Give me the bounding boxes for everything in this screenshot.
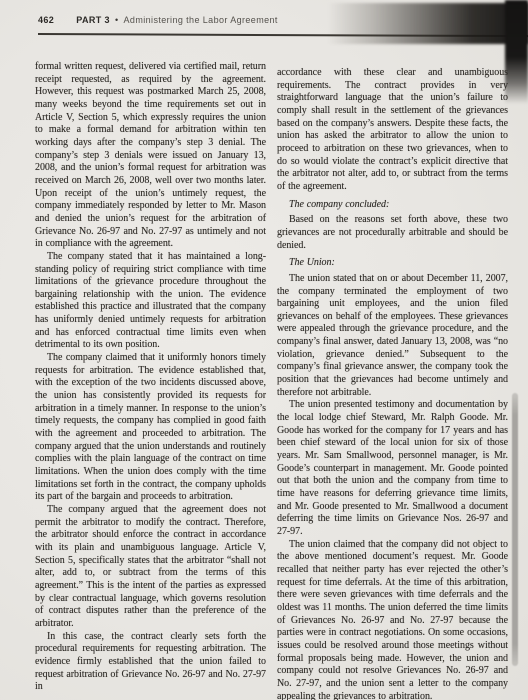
part-label: PART 3 (76, 15, 110, 25)
paragraph: accordance with these clear and unambigu… (277, 67, 508, 194)
section-heading: The Union: (277, 257, 508, 270)
paragraph: The union claimed that the company did n… (277, 539, 508, 700)
section-heading: The company concluded: (277, 199, 508, 212)
paragraph: The union presented testimony and docume… (277, 399, 508, 538)
paragraph: formal written request, delivered via ce… (35, 61, 266, 251)
page-edge-strip (512, 393, 518, 666)
scan-shadow-corner (505, 0, 528, 104)
paragraph: The company claimed that it uniformly ho… (35, 352, 266, 504)
paragraph: In this case, the contract clearly sets … (35, 631, 266, 694)
part-title: Administering the Labor Agreement (124, 15, 278, 25)
paragraph: Based on the reasons set forth above, th… (277, 214, 508, 252)
page-number: 462 (38, 15, 54, 25)
left-column: formal written request, delivered via ce… (35, 61, 266, 700)
bullet-separator: • (115, 15, 119, 25)
text-columns: formal written request, delivered via ce… (35, 61, 508, 700)
book-page-scan: 462PART 3•Administering the Labor Agreem… (0, 0, 528, 700)
paragraph: The company stated that it has maintaine… (35, 251, 266, 352)
scan-shadow-band (328, 3, 528, 44)
paragraph: The company argued that the agreement do… (35, 504, 266, 631)
paragraph: The union stated that on or about Decemb… (277, 273, 508, 400)
right-column: accordance with these clear and unambigu… (277, 61, 508, 700)
